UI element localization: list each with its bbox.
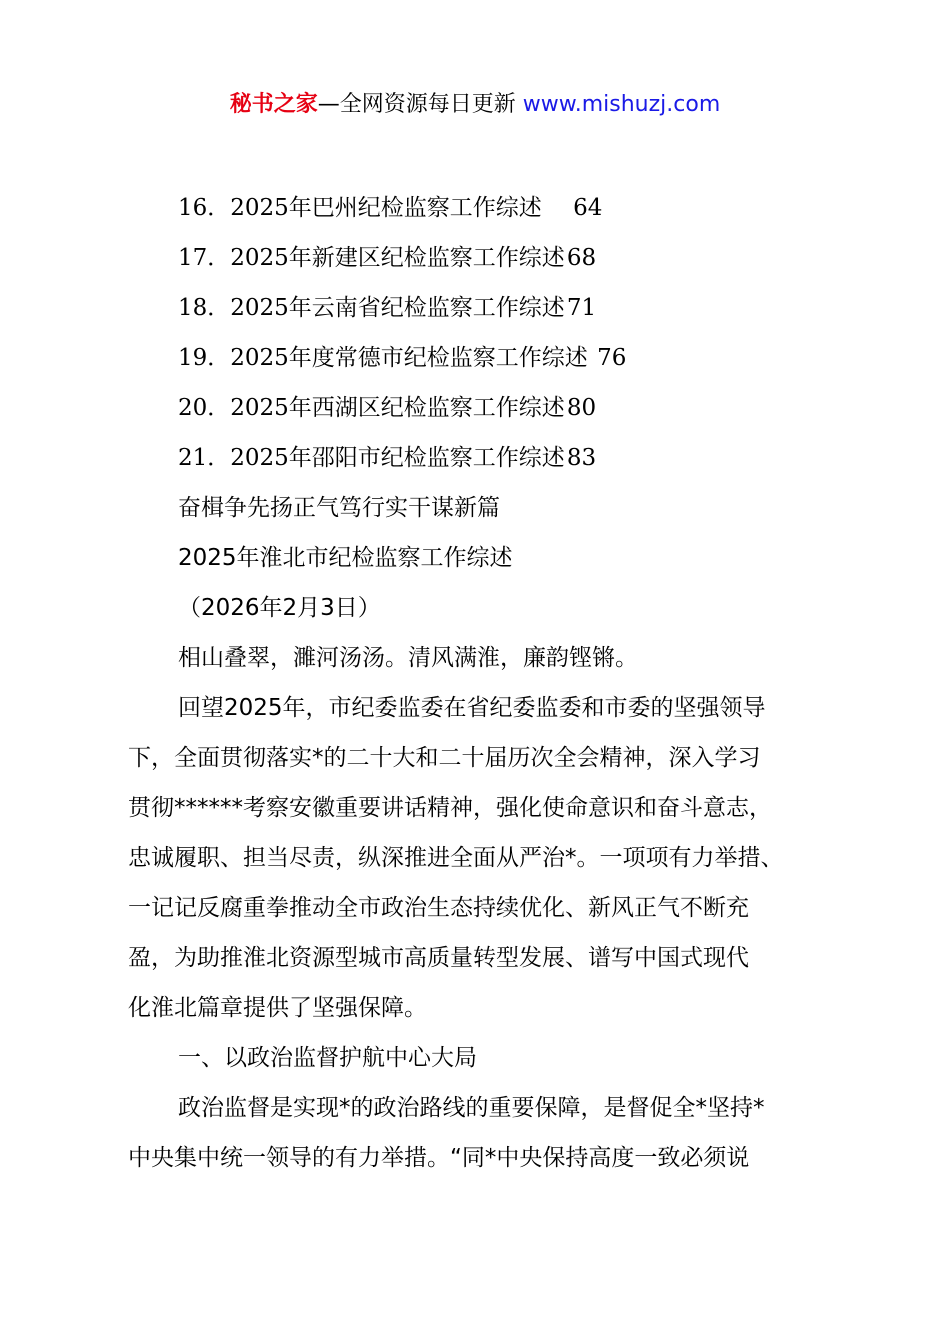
paragraph-line: 政治监督是实现*的政治路线的重要保障，是督促全*坚持* — [128, 1083, 848, 1133]
paragraph-line: 一记记反腐重拳推动全市政治生态持续优化、新风正气不断充 — [128, 883, 848, 933]
toc-entry-title: 21．2025年邵阳市纪检监察工作综述 — [178, 445, 565, 471]
document-body: 16．2025年巴州纪检监察工作综述 64 17．2025年新建区纪检监察工作综… — [128, 183, 848, 1183]
toc-page-number: 83 — [567, 433, 596, 483]
toc-entry-title: 19．2025年度常德市纪检监察工作综述 — [178, 345, 588, 371]
toc-gap — [588, 345, 595, 371]
toc-page-number: 76 — [597, 333, 626, 383]
toc-entry-title: 17．2025年新建区纪检监察工作综述 — [178, 245, 565, 271]
toc-entry[interactable]: 16．2025年巴州纪检监察工作综述 64 — [128, 183, 848, 233]
paragraph-line: 下，全面贯彻落实*的二十大和二十届历次全会精神，深入学习 — [128, 733, 848, 783]
toc-entry-title: 16．2025年巴州纪检监察工作综述 — [178, 195, 542, 221]
toc-page-number: 64 — [573, 183, 602, 233]
brand-name: 秘书之家 — [230, 92, 318, 117]
header-tagline: —全网资源每日更新 — [318, 92, 523, 117]
paragraph-line: 中央集中统一领导的有力举措。“同*中央保持高度一致必须说 — [128, 1133, 848, 1183]
toc-gap — [542, 195, 571, 221]
toc-entry-title: 18．2025年云南省纪检监察工作综述 — [178, 295, 565, 321]
paragraph-line: 化淮北篇章提供了坚强保障。 — [128, 983, 848, 1033]
toc-entry[interactable]: 17．2025年新建区纪检监察工作综述68 — [128, 233, 848, 283]
toc-page-number: 80 — [567, 383, 596, 433]
toc-page-number: 71 — [567, 283, 596, 333]
paragraph-line: 贯彻******考察安徽重要讲话精神，强化使命意识和奋斗意志， — [128, 783, 848, 833]
article-title: 奋楫争先扬正气笃行实干谋新篇 — [128, 483, 848, 533]
article-subtitle: 2025年淮北市纪检监察工作综述 — [128, 533, 848, 583]
paragraph-line: 盈，为助推淮北资源型城市高质量转型发展、谱写中国式现代 — [128, 933, 848, 983]
paragraph-line: 相山叠翠，濉河汤汤。清风满淮，廉韵铿锵。 — [128, 633, 848, 683]
toc-entry[interactable]: 19．2025年度常德市纪检监察工作综述 76 — [128, 333, 848, 383]
paragraph-line: 回望2025年，市纪委监委在省纪委监委和市委的坚强领导 — [128, 683, 848, 733]
paragraph-line: 忠诚履职、担当尽责，纵深推进全面从严治*。一项项有力举措、 — [128, 833, 848, 883]
site-link[interactable]: www.mishuzj.com — [523, 92, 720, 117]
toc-entry[interactable]: 18．2025年云南省纪检监察工作综述71 — [128, 283, 848, 333]
toc-page-number: 68 — [567, 233, 596, 283]
toc-entry[interactable]: 20．2025年西湖区纪检监察工作综述80 — [128, 383, 848, 433]
toc-entry[interactable]: 21．2025年邵阳市纪检监察工作综述83 — [128, 433, 848, 483]
section-heading: 一、以政治监督护航中心大局 — [128, 1033, 848, 1083]
site-header: 秘书之家—全网资源每日更新 www.mishuzj.com — [0, 88, 950, 122]
article-date: （2026年2月3日） — [128, 583, 848, 633]
toc-entry-title: 20．2025年西湖区纪检监察工作综述 — [178, 395, 565, 421]
